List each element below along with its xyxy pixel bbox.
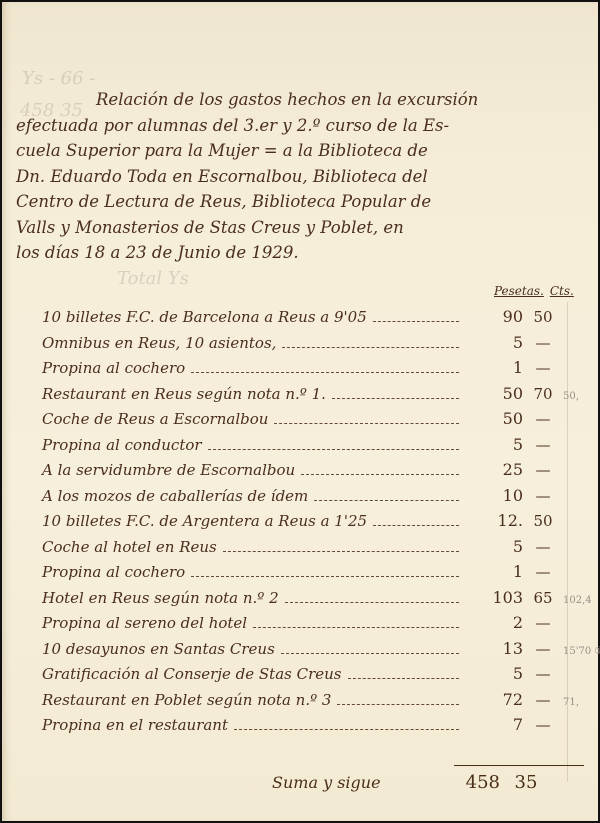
dash-leader [191, 576, 459, 577]
expense-description: Propina al conductor [42, 436, 202, 454]
pesetas-value: 90 [467, 307, 523, 326]
pesetas-value: 50 [467, 409, 523, 428]
pesetas-value: 50 [467, 384, 523, 403]
dash-leader [314, 500, 459, 501]
centimos-value: — [523, 461, 563, 479]
expense-row: Omnibus en Reus, 10 asientos,5— [42, 333, 597, 359]
heading-line: Centro de Lectura de Reus, Biblioteca Po… [16, 189, 591, 215]
scanned-document-page: Ys - 66 - 458 35 Total Ys Relación de lo… [2, 2, 598, 821]
bleed-through-text: Ys - 66 - [22, 68, 95, 89]
pesetas-value: 7 [467, 715, 523, 734]
expense-description: 10 billetes F.C. de Argentera a Reus a 1… [42, 512, 367, 530]
centimos-value: 50 [523, 308, 563, 326]
pesetas-value: 25 [467, 460, 523, 479]
expense-row: Restaurant en Reus según nota n.º 1.5070… [42, 384, 597, 410]
dash-leader [234, 729, 459, 730]
heading-line: los días 18 a 23 de Junio de 1929. [16, 240, 591, 266]
centimos-value: — [523, 716, 563, 734]
bleed-through-text: Total Ys [117, 268, 189, 289]
dash-leader [281, 653, 459, 654]
pesetas-value: 5 [467, 435, 523, 454]
expense-row: Propina al conductor5— [42, 435, 597, 461]
expense-row: Propina al sereno del hotel2— [42, 613, 597, 639]
dash-leader [373, 321, 459, 322]
expense-row: 10 billetes F.C. de Argentera a Reus a 1… [42, 511, 597, 537]
expense-description: Propina al cochero [42, 563, 185, 581]
centimos-value: 50 [523, 512, 563, 530]
dash-leader [208, 449, 459, 450]
heading-line: Relación de los gastos hechos en la excu… [16, 87, 591, 113]
dash-leader [337, 704, 459, 705]
centimos-value: — [523, 665, 563, 683]
expense-description: Propina al cochero [42, 359, 185, 377]
expense-description: 10 desayunos en Santas Creus [42, 640, 275, 658]
centimos-value: 70 [523, 385, 563, 403]
pesetas-value: 10 [467, 486, 523, 505]
expense-description: A los mozos de caballerías de ídem [42, 487, 308, 505]
dash-leader [253, 627, 459, 628]
dash-leader [301, 474, 459, 475]
total-row: Suma y sigue 458 35 [272, 772, 600, 793]
expense-row: 10 billetes F.C. de Barcelona a Reus a 9… [42, 307, 597, 333]
total-rule [454, 765, 584, 766]
pesetas-value: 1 [467, 358, 523, 377]
dash-leader [285, 602, 459, 603]
centimos-value: — [523, 640, 563, 658]
pesetas-column-header: Pesetas. [494, 284, 544, 298]
expense-description: Omnibus en Reus, 10 asientos, [42, 334, 276, 352]
expense-description: Propina al sereno del hotel [42, 614, 247, 632]
expense-row: Propina en el restaurant7— [42, 715, 597, 741]
expense-row: Propina al cochero1— [42, 562, 597, 588]
total-pesetas: 458 [452, 772, 500, 793]
centimos-value: — [523, 487, 563, 505]
expense-description: Coche al hotel en Reus [42, 538, 217, 556]
centimos-value: — [523, 614, 563, 632]
dash-leader [223, 551, 459, 552]
pesetas-value: 5 [467, 333, 523, 352]
heading-line: cuela Superior para la Mujer = a la Bibl… [16, 138, 591, 164]
total-label: Suma y sigue [272, 773, 452, 792]
centimos-value: — [523, 538, 563, 556]
centimos-value: — [523, 359, 563, 377]
pesetas-value: 2 [467, 613, 523, 632]
expense-row: 10 desayunos en Santas Creus13—15'70 ① [42, 639, 597, 665]
dash-leader [274, 423, 459, 424]
centimos-value: — [523, 334, 563, 352]
dash-leader [191, 372, 459, 373]
margin-note: 50, [563, 391, 597, 402]
pesetas-value: 5 [467, 537, 523, 556]
heading-line: Valls y Monasterios de Stas Creus y Pobl… [16, 215, 591, 241]
expense-row: A la servidumbre de Escornalbou25— [42, 460, 597, 486]
expense-description: A la servidumbre de Escornalbou [42, 461, 295, 479]
dash-leader [282, 347, 459, 348]
pesetas-value: 72 [467, 690, 523, 709]
centimos-value: 65 [523, 589, 563, 607]
total-centimos: 35 [500, 772, 552, 793]
margin-note: 102,4 [563, 595, 597, 606]
centimos-value: — [523, 410, 563, 428]
document-heading: Relación de los gastos hechos en la excu… [16, 87, 591, 266]
dash-leader [332, 398, 459, 399]
centimos-value: — [523, 691, 563, 709]
margin-note: 15'70 ① [563, 646, 597, 657]
expense-row: Restaurant en Poblet según nota n.º 372—… [42, 690, 597, 716]
column-headers: Pesetas. Cts. [494, 284, 574, 298]
centimos-column-header: Cts. [550, 284, 574, 298]
centimos-value: — [523, 563, 563, 581]
expense-description: Coche de Reus a Escornalbou [42, 410, 268, 428]
expense-description: Propina en el restaurant [42, 716, 228, 734]
expense-row: A los mozos de caballerías de ídem10— [42, 486, 597, 512]
expense-row: Propina al cochero1— [42, 358, 597, 384]
heading-line: Dn. Eduardo Toda en Escornalbou, Bibliot… [16, 164, 591, 190]
pesetas-value: 103 [467, 588, 523, 607]
expense-list: 10 billetes F.C. de Barcelona a Reus a 9… [42, 307, 597, 741]
expense-row: Coche al hotel en Reus5— [42, 537, 597, 563]
pesetas-value: 5 [467, 664, 523, 683]
pesetas-value: 12. [467, 511, 523, 530]
dash-leader [373, 525, 459, 526]
expense-description: Gratificación al Conserje de Stas Creus [42, 665, 342, 683]
expense-row: Gratificación al Conserje de Stas Creus5… [42, 664, 597, 690]
expense-description: Hotel en Reus según nota n.º 2 [42, 589, 279, 607]
centimos-value: — [523, 436, 563, 454]
expense-description: 10 billetes F.C. de Barcelona a Reus a 9… [42, 308, 367, 326]
expense-description: Restaurant en Poblet según nota n.º 3 [42, 691, 331, 709]
margin-note: 71, [563, 697, 597, 708]
pesetas-value: 1 [467, 562, 523, 581]
expense-description: Restaurant en Reus según nota n.º 1. [42, 385, 326, 403]
heading-line: efectuada por alumnas del 3.er y 2.º cur… [16, 113, 591, 139]
pesetas-value: 13 [467, 639, 523, 658]
expense-row: Hotel en Reus según nota n.º 210365102,4 [42, 588, 597, 614]
expense-row: Coche de Reus a Escornalbou50— [42, 409, 597, 435]
dash-leader [348, 678, 460, 679]
